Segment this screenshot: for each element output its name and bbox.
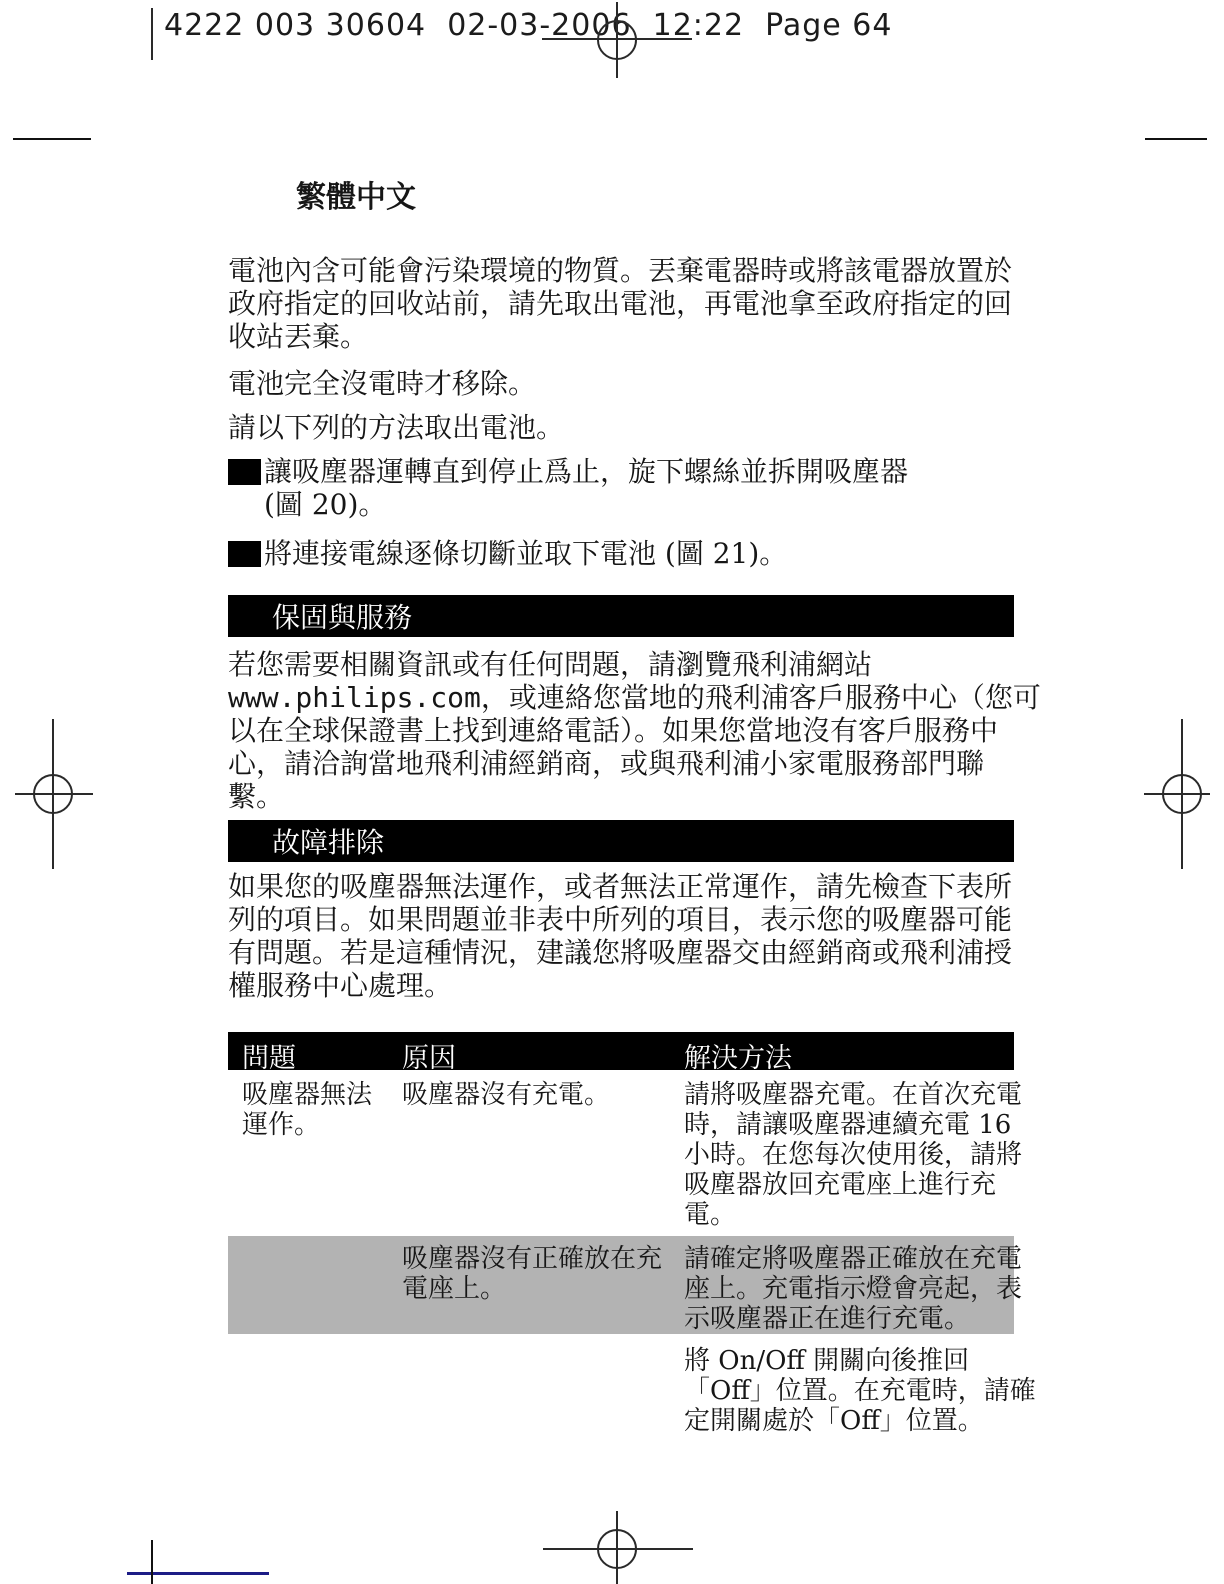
header-left-crop-line [151, 8, 153, 60]
warranty-line: 心，請洽詢當地飛利浦經銷商，或與飛利浦小家電服務部門聯 [228, 747, 1041, 780]
troubleshooting-line: 如果您的吸塵器無法運作，或者無法正常運作，請先檢查下表所 [228, 870, 1012, 903]
step-item: 讓吸塵器運轉直到停止爲止，旋下螺絲並拆開吸塵器 (圖 20)。 [264, 455, 908, 521]
cell-line: 「Off」位置。在充電時，請確 [684, 1376, 1036, 1406]
table-header-cause: 原因 [402, 1036, 456, 1075]
cell-line: 電座上。 [402, 1274, 662, 1304]
cell-line: 運作。 [242, 1110, 372, 1140]
cell-line: 吸塵器無法 [242, 1080, 372, 1110]
step-item: 將連接電線逐條切斷並取下電池 (圖 21)。 [264, 537, 787, 570]
cell-line: 定開關處於「Off」位置。 [684, 1406, 1036, 1436]
table-header-problem: 問題 [242, 1036, 296, 1075]
table-cell-solution: 請確定將吸塵器正確放在充電 座上。充電指示燈會亮起，表 示吸塵器正在進行充電。 [684, 1244, 1022, 1334]
philips-url: www.philips.com [228, 681, 481, 714]
troubleshooting-line: 權服務中心處理。 [228, 969, 1012, 1002]
warranty-line: www.philips.com，或連絡您當地的飛利浦客戶服務中心（您可 [228, 681, 1041, 714]
warranty-line: 若您需要相關資訊或有任何問題，請瀏覽飛利浦網站 [228, 648, 1041, 681]
battery-disposal-line: 收站丟棄。 [228, 320, 1012, 353]
table-cell-solution: 請將吸塵器充電。在首次充電 時，請讓吸塵器連續充電 16 小時。在您每次使用後，… [684, 1080, 1022, 1230]
bottom-left-crop-line-vertical [151, 1540, 153, 1584]
cell-line: 吸塵器沒有充電。 [402, 1080, 610, 1110]
warranty-line: 以在全球保證書上找到連絡電話）。如果您當地沒有客戶服務中 [228, 714, 1041, 747]
troubleshooting-line: 列的項目。如果問題並非表中所列的項目，表示您的吸塵器可能 [228, 903, 1012, 936]
cell-line: 示吸塵器正在進行充電。 [684, 1304, 1022, 1334]
battery-disposal-line: 政府指定的回收站前，請先取出電池，再電池拿至政府指定的回 [228, 287, 1012, 320]
top-right-crop-mark [1145, 138, 1207, 140]
table-cell-solution: 將 On/Off 開關向後推回 「Off」位置。在充電時，請確 定開關處於「Of… [684, 1346, 1036, 1436]
table-cell-cause: 吸塵器沒有充電。 [402, 1080, 610, 1110]
bullet-square-icon [228, 541, 261, 567]
cell-line: 請將吸塵器充電。在首次充電 [684, 1080, 1022, 1110]
print-job-header: 4222 003 30604 02-03-2006 12:22 Page 64 [164, 8, 892, 43]
warranty-line-rest: ，或連絡您當地的飛利浦客戶服務中心（您可 [481, 681, 1041, 714]
battery-disposal-paragraph: 電池內含可能會污染環境的物質。丟棄電器時或將該電器放置於 政府指定的回收站前，請… [228, 254, 1012, 353]
cell-line: 將 On/Off 開關向後推回 [684, 1346, 1036, 1376]
cell-line: 時，請讓吸塵器連續充電 16 [684, 1110, 1022, 1140]
cell-line: 吸塵器放回充電座上進行充 [684, 1170, 1022, 1200]
table-cell-cause: 吸塵器沒有正確放在充 電座上。 [402, 1244, 662, 1304]
troubleshooting-paragraph: 如果您的吸塵器無法運作，或者無法正常運作，請先檢查下表所 列的項目。如果問題並非… [228, 870, 1012, 1002]
battery-removal-intro: 請以下列的方法取出電池。 [228, 411, 564, 444]
right-registration-mark-circle [1162, 774, 1202, 814]
table-header-row: 問題 原因 解決方法 [228, 1032, 1014, 1070]
cell-line: 座上。充電指示燈會亮起，表 [684, 1274, 1022, 1304]
step-line: (圖 20)。 [264, 488, 908, 521]
section-title: 故障排除 [272, 821, 384, 861]
left-registration-mark-circle [33, 774, 73, 814]
section-title: 保固與服務 [272, 596, 412, 636]
troubleshooting-line: 有問題。若是這種情況，建議您將吸塵器交由經銷商或飛利浦授 [228, 936, 1012, 969]
warranty-line: 繫。 [228, 780, 1041, 813]
section-bar-warranty: 保固與服務 [228, 595, 1014, 637]
step-line: 讓吸塵器運轉直到停止爲止，旋下螺絲並拆開吸塵器 [264, 455, 908, 488]
bullet-square-icon [228, 459, 261, 485]
cell-line: 吸塵器沒有正確放在充 [402, 1244, 662, 1274]
top-left-crop-mark [13, 138, 91, 140]
cell-line: 請確定將吸塵器正確放在充電 [684, 1244, 1022, 1274]
battery-empty-note: 電池完全沒電時才移除。 [228, 367, 536, 400]
cell-line: 電。 [684, 1200, 1022, 1230]
section-bar-troubleshooting: 故障排除 [228, 820, 1014, 862]
bottom-registration-mark-circle [597, 1529, 637, 1569]
step-line: 將連接電線逐條切斷並取下電池 (圖 21)。 [264, 537, 787, 570]
warranty-paragraph: 若您需要相關資訊或有任何問題，請瀏覽飛利浦網站 www.philips.com，… [228, 648, 1041, 813]
table-cell-problem: 吸塵器無法 運作。 [242, 1080, 372, 1140]
bottom-left-crop-mark-blue [127, 1572, 269, 1575]
table-header-solution: 解決方法 [684, 1036, 792, 1075]
top-registration-mark-circle [597, 20, 637, 60]
battery-disposal-line: 電池內含可能會污染環境的物質。丟棄電器時或將該電器放置於 [228, 254, 1012, 287]
cell-line: 小時。在您每次使用後，請將 [684, 1140, 1022, 1170]
page-title: 繁體中文 [296, 172, 416, 216]
